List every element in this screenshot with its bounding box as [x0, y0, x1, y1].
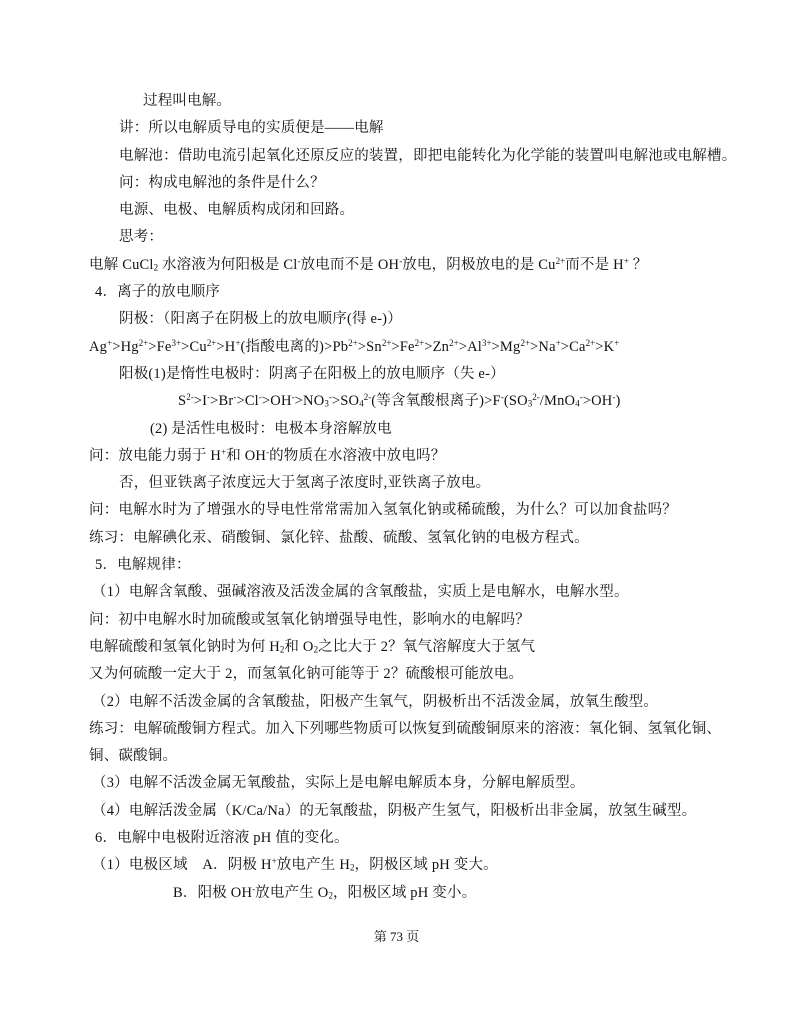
- doc-line: 过程叫电解。: [89, 88, 729, 115]
- doc-line: 又为何硫酸一定大于 2，而氢氧化钠可能等于 2？硫酸根可能放电。: [89, 661, 729, 688]
- doc-line: 4．离子的放电顺序: [89, 279, 729, 306]
- doc-line: 问：构成电解池的条件是什么？: [89, 170, 729, 197]
- doc-line: 练习：电解硫酸铜方程式。加入下列哪些物质可以恢复到硫酸铜原来的溶液：氧化铜、氢氧…: [89, 716, 729, 743]
- doc-line: S2->I->Br->Cl->OH->NO3->SO42-(等含氧酸根离子)>F…: [89, 388, 729, 415]
- doc-line: 问：电解水时为了增强水的导电性常常需加入氢氧化钠或稀硫酸，为什么？可以加食盐吗？: [89, 497, 729, 524]
- doc-line: 电解硫酸和氢氧化钠时为何 H2和 O2之比大于 2？氧气溶解度大于氢气: [89, 634, 729, 661]
- doc-line: 电源、电极、电解质构成闭和回路。: [89, 197, 729, 224]
- doc-line: （2）电解不活泼金属的含氧酸盐，阳极产生氧气，阴极析出不活泼金属，放氧生酸型。: [89, 689, 729, 716]
- doc-line: 铜、碳酸铜。: [89, 743, 729, 770]
- doc-line: 否，但亚铁离子浓度远大于氢离子浓度时,亚铁离子放电。: [89, 470, 729, 497]
- doc-line: 问：放电能力弱于 H+和 OH-的物质在水溶液中放电吗？: [89, 443, 729, 470]
- doc-line: 电解 CuCl2 水溶液为何阳极是 Cl-放电而不是 OH-放电，阴极放电的是 …: [89, 252, 729, 279]
- doc-line: Ag+>Hg2+>Fe3+>Cu2+>H+(指酸电离的)>Pb2+>Sn2+>F…: [89, 334, 729, 361]
- doc-line: (2) 是活性电极时：电极本身溶解放电: [89, 416, 729, 443]
- doc-line: 6．电解中电极附近溶液 pH 值的变化。: [89, 825, 729, 852]
- doc-line: B．阳极 OH-放电产生 O2，阳极区域 pH 变小。: [89, 880, 729, 907]
- doc-line: 问：初中电解水时加硫酸或氢氧化钠增强导电性，影响水的电解吗？: [89, 607, 729, 634]
- document-page: 过程叫电解。讲：所以电解质导电的实质便是——电解电解池：借助电流引起氧化还原反应…: [0, 0, 793, 1020]
- doc-line: 阴极：（阳离子在阴极上的放电顺序(得 e-)）: [89, 306, 729, 333]
- doc-line: 思考：: [89, 224, 729, 251]
- page-footer: 第 73 页: [0, 928, 793, 946]
- doc-line: （4）电解活泼金属（K/Ca/Na）的无氧酸盐，阴极产生氢气，阳极析出非金属，放…: [89, 798, 729, 825]
- doc-line: 讲：所以电解质导电的实质便是——电解: [89, 115, 729, 142]
- document-body: 过程叫电解。讲：所以电解质导电的实质便是——电解电解池：借助电流引起氧化还原反应…: [89, 88, 729, 907]
- doc-line: （3）电解不活泼金属无氧酸盐，实际上是电解电解质本身，分解电解质型。: [89, 770, 729, 797]
- doc-line: 5．电解规律：: [89, 552, 729, 579]
- doc-line: 阳极(1)是惰性电极时：阴离子在阳极上的放电顺序（失 e-）: [89, 361, 729, 388]
- doc-line: （1）电解含氧酸、强碱溶液及活泼金属的含氧酸盐，实质上是电解水，电解水型。: [89, 579, 729, 606]
- doc-line: （1）电极区域 A．阴极 H+放电产生 H2，阴极区域 pH 变大。: [89, 852, 729, 879]
- doc-line: 练习：电解碘化汞、硝酸铜、氯化锌、盐酸、硫酸、氢氧化钠的电极方程式。: [89, 525, 729, 552]
- page-number: 第 73 页: [374, 929, 420, 944]
- doc-line: 电解池：借助电流引起氧化还原反应的装置，即把电能转化为化学能的装置叫电解池或电解…: [89, 143, 729, 170]
